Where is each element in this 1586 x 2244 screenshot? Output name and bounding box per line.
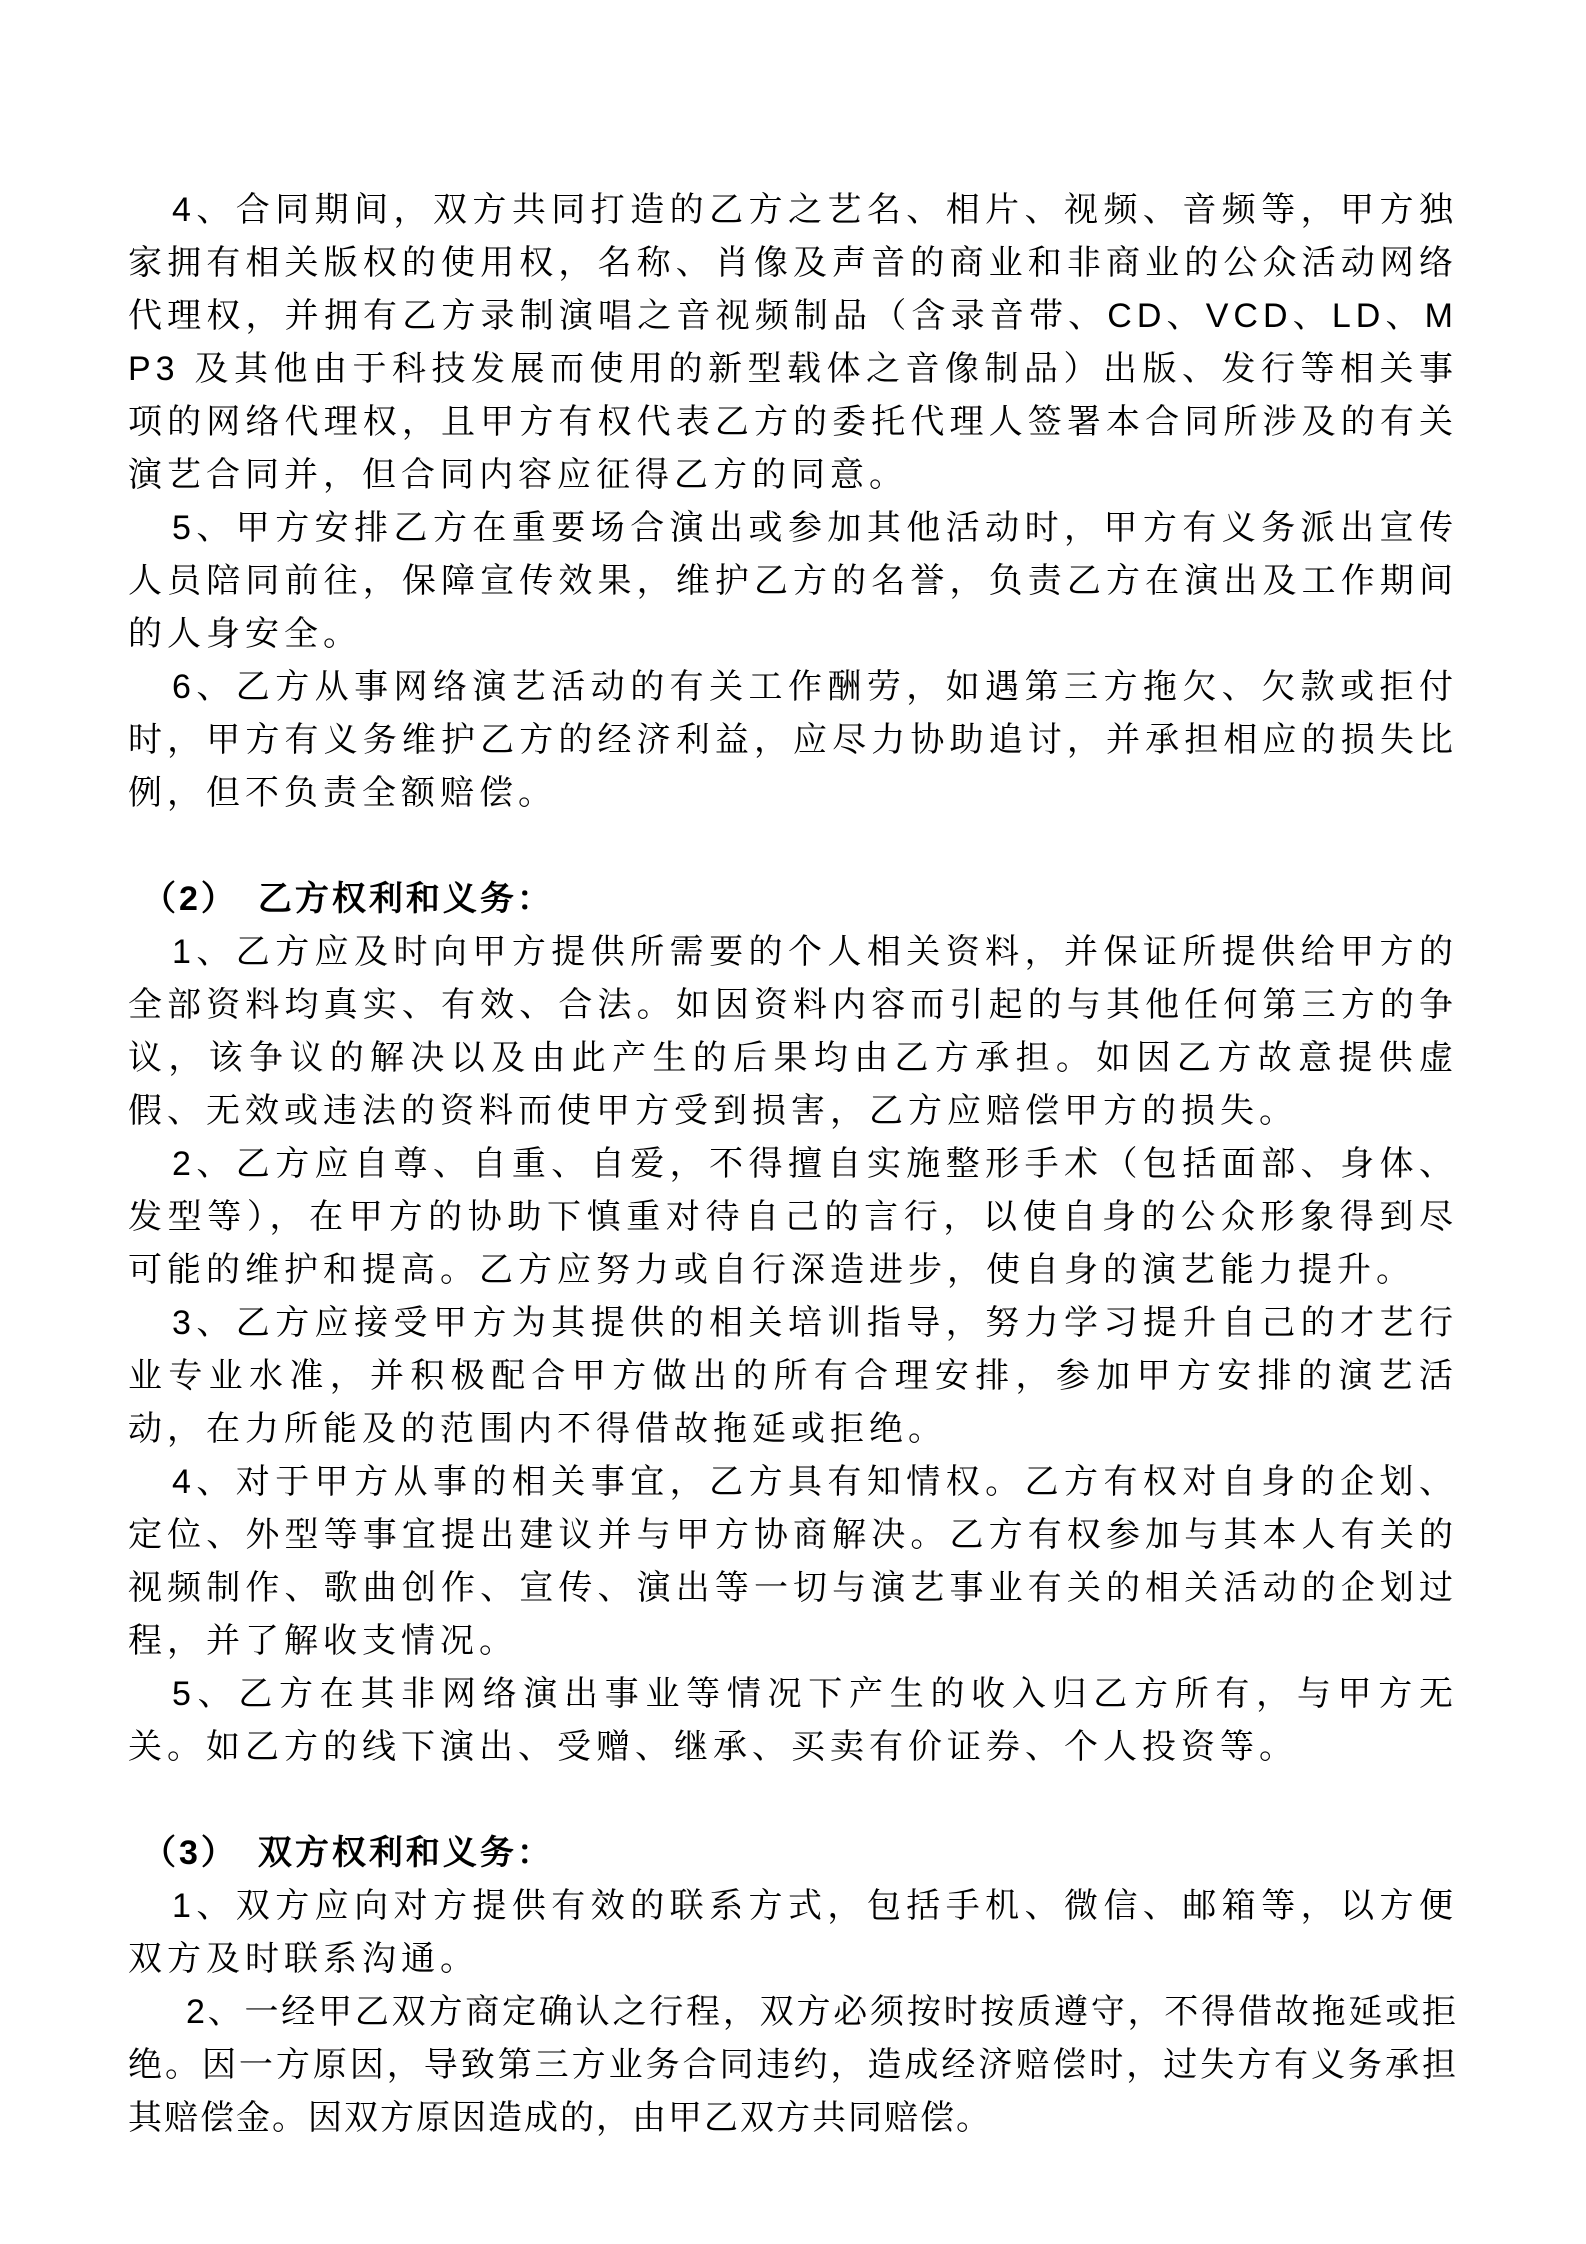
contract-paragraph-1-party-b: 1、乙方应及时向甲方提供所需要的个人相关资料，并保证所提供给甲方的全部资料均真实… xyxy=(128,926,1458,1138)
contract-paragraph-3-party-b: 3、乙方应接受甲方为其提供的相关培训指导，努力学习提升自己的才艺行业专业水准，并… xyxy=(128,1297,1458,1456)
contract-paragraph-4-party-b: 4、对于甲方从事的相关事宜，乙方具有知情权。乙方有权对自身的企划、定位、外型等事… xyxy=(128,1456,1458,1668)
contract-paragraph-5-party-a: 5、甲方安排乙方在重要场合演出或参加其他活动时，甲方有义务派出宣传人员陪同前往，… xyxy=(128,502,1458,661)
contract-paragraph-6-party-a: 6、乙方从事网络演艺活动的有关工作酬劳，如遇第三方拖欠、欠款或拒付时，甲方有义务… xyxy=(128,661,1458,820)
contract-paragraph-4-party-a: 4、合同期间，双方共同打造的乙方之艺名、相片、视频、音频等，甲方独家拥有相关版权… xyxy=(128,184,1458,502)
section-heading-both-parties-rights: （3） 双方权利和义务： xyxy=(128,1827,1458,1880)
contract-paragraph-2-party-b: 2、乙方应自尊、自重、自爱，不得擅自实施整形手术（包括面部、身体、发型等），在甲… xyxy=(128,1138,1458,1297)
contract-paragraph-2-both-parties: 2、一经甲乙双方商定确认之行程，双方必须按时按质遵守，不得借故拖延或拒绝。因一方… xyxy=(128,1986,1458,2145)
section-heading-party-b-rights: （2） 乙方权利和义务： xyxy=(128,873,1458,926)
contract-paragraph-5-party-b: 5、乙方在其非网络演出事业等情况下产生的收入归乙方所有，与甲方无关。如乙方的线下… xyxy=(128,1668,1458,1774)
document-page: 4、合同期间，双方共同打造的乙方之艺名、相片、视频、音频等，甲方独家拥有相关版权… xyxy=(0,0,1586,2244)
contract-paragraph-1-both-parties: 1、双方应向对方提供有效的联系方式，包括手机、微信、邮箱等，以方便双方及时联系沟… xyxy=(128,1880,1458,1986)
